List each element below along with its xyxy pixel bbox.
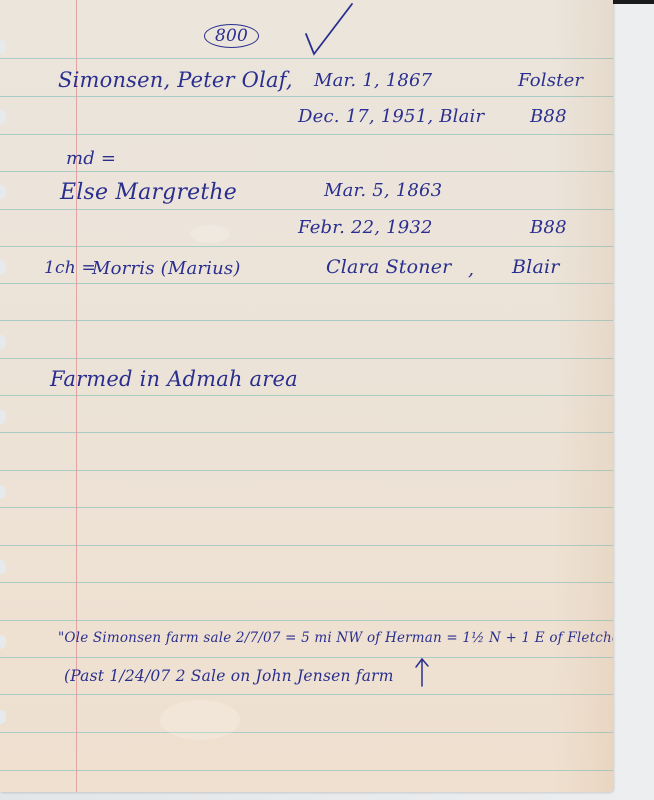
spouse-name: Else Margrethe <box>60 180 237 205</box>
up-arrow-icon <box>414 657 430 687</box>
married-label: md = <box>66 148 116 169</box>
perforation-hole <box>0 485 6 499</box>
ruled-line <box>0 171 613 172</box>
perforation-hole <box>0 260 6 274</box>
birth-place: Folster <box>518 70 583 91</box>
paper-stain <box>160 700 240 740</box>
paper-stain <box>190 225 230 243</box>
child-separator: , <box>468 258 474 280</box>
occupation-note: Farmed in Admah area <box>50 367 298 391</box>
child-place: Blair <box>512 256 560 278</box>
child-spouse: Clara Stoner <box>326 256 451 278</box>
person-name: Simonsen, Peter Olaf, <box>58 68 293 92</box>
page-number: 800 <box>204 24 259 48</box>
ruled-line <box>0 246 613 247</box>
footnote-line-1: "Ole Simonsen farm sale 2/7/07 = 5 mi NW… <box>58 630 613 646</box>
death-date-place: Dec. 17, 1951, Blair <box>298 106 484 127</box>
ruled-line <box>0 582 613 583</box>
ruled-line <box>0 657 613 658</box>
death-plot: B88 <box>530 106 567 127</box>
perforation-hole <box>0 560 6 574</box>
perforation-hole <box>0 40 6 54</box>
spouse-birth-date: Mar. 5, 1863 <box>324 180 442 201</box>
child-name: Morris (Marius) <box>92 258 241 279</box>
ruled-line <box>0 395 613 396</box>
perforation-hole <box>0 635 6 649</box>
ruled-line <box>0 96 613 97</box>
birth-date: Mar. 1, 1867 <box>314 70 432 91</box>
ruled-line <box>0 770 613 771</box>
ruled-line <box>0 545 613 546</box>
ruled-line <box>0 209 613 210</box>
ruled-line <box>0 507 613 508</box>
ruled-line <box>0 283 613 284</box>
ruled-line <box>0 320 613 321</box>
footnote-line-2: (Past 1/24/07 2 Sale on John Jensen farm <box>64 667 394 685</box>
perforation-hole <box>0 185 6 199</box>
ruled-line <box>0 470 613 471</box>
ruled-line <box>0 732 613 733</box>
notebook-page: 800 Simonsen, Peter Olaf, Mar. 1, 1867 F… <box>0 0 613 792</box>
children-label: 1ch = <box>44 258 96 278</box>
spouse-death-plot: B88 <box>530 217 567 238</box>
spouse-death-date: Febr. 22, 1932 <box>298 217 433 238</box>
ruled-line <box>0 694 613 695</box>
ruled-line <box>0 620 613 621</box>
perforation-hole <box>0 335 6 349</box>
ruled-line <box>0 58 613 59</box>
perforation-hole <box>0 410 6 424</box>
check-mark-icon <box>304 2 354 56</box>
perforation-hole <box>0 710 6 724</box>
ruled-line <box>0 358 613 359</box>
perforation-hole <box>0 110 6 124</box>
ruled-line <box>0 432 613 433</box>
ruled-line <box>0 134 613 135</box>
